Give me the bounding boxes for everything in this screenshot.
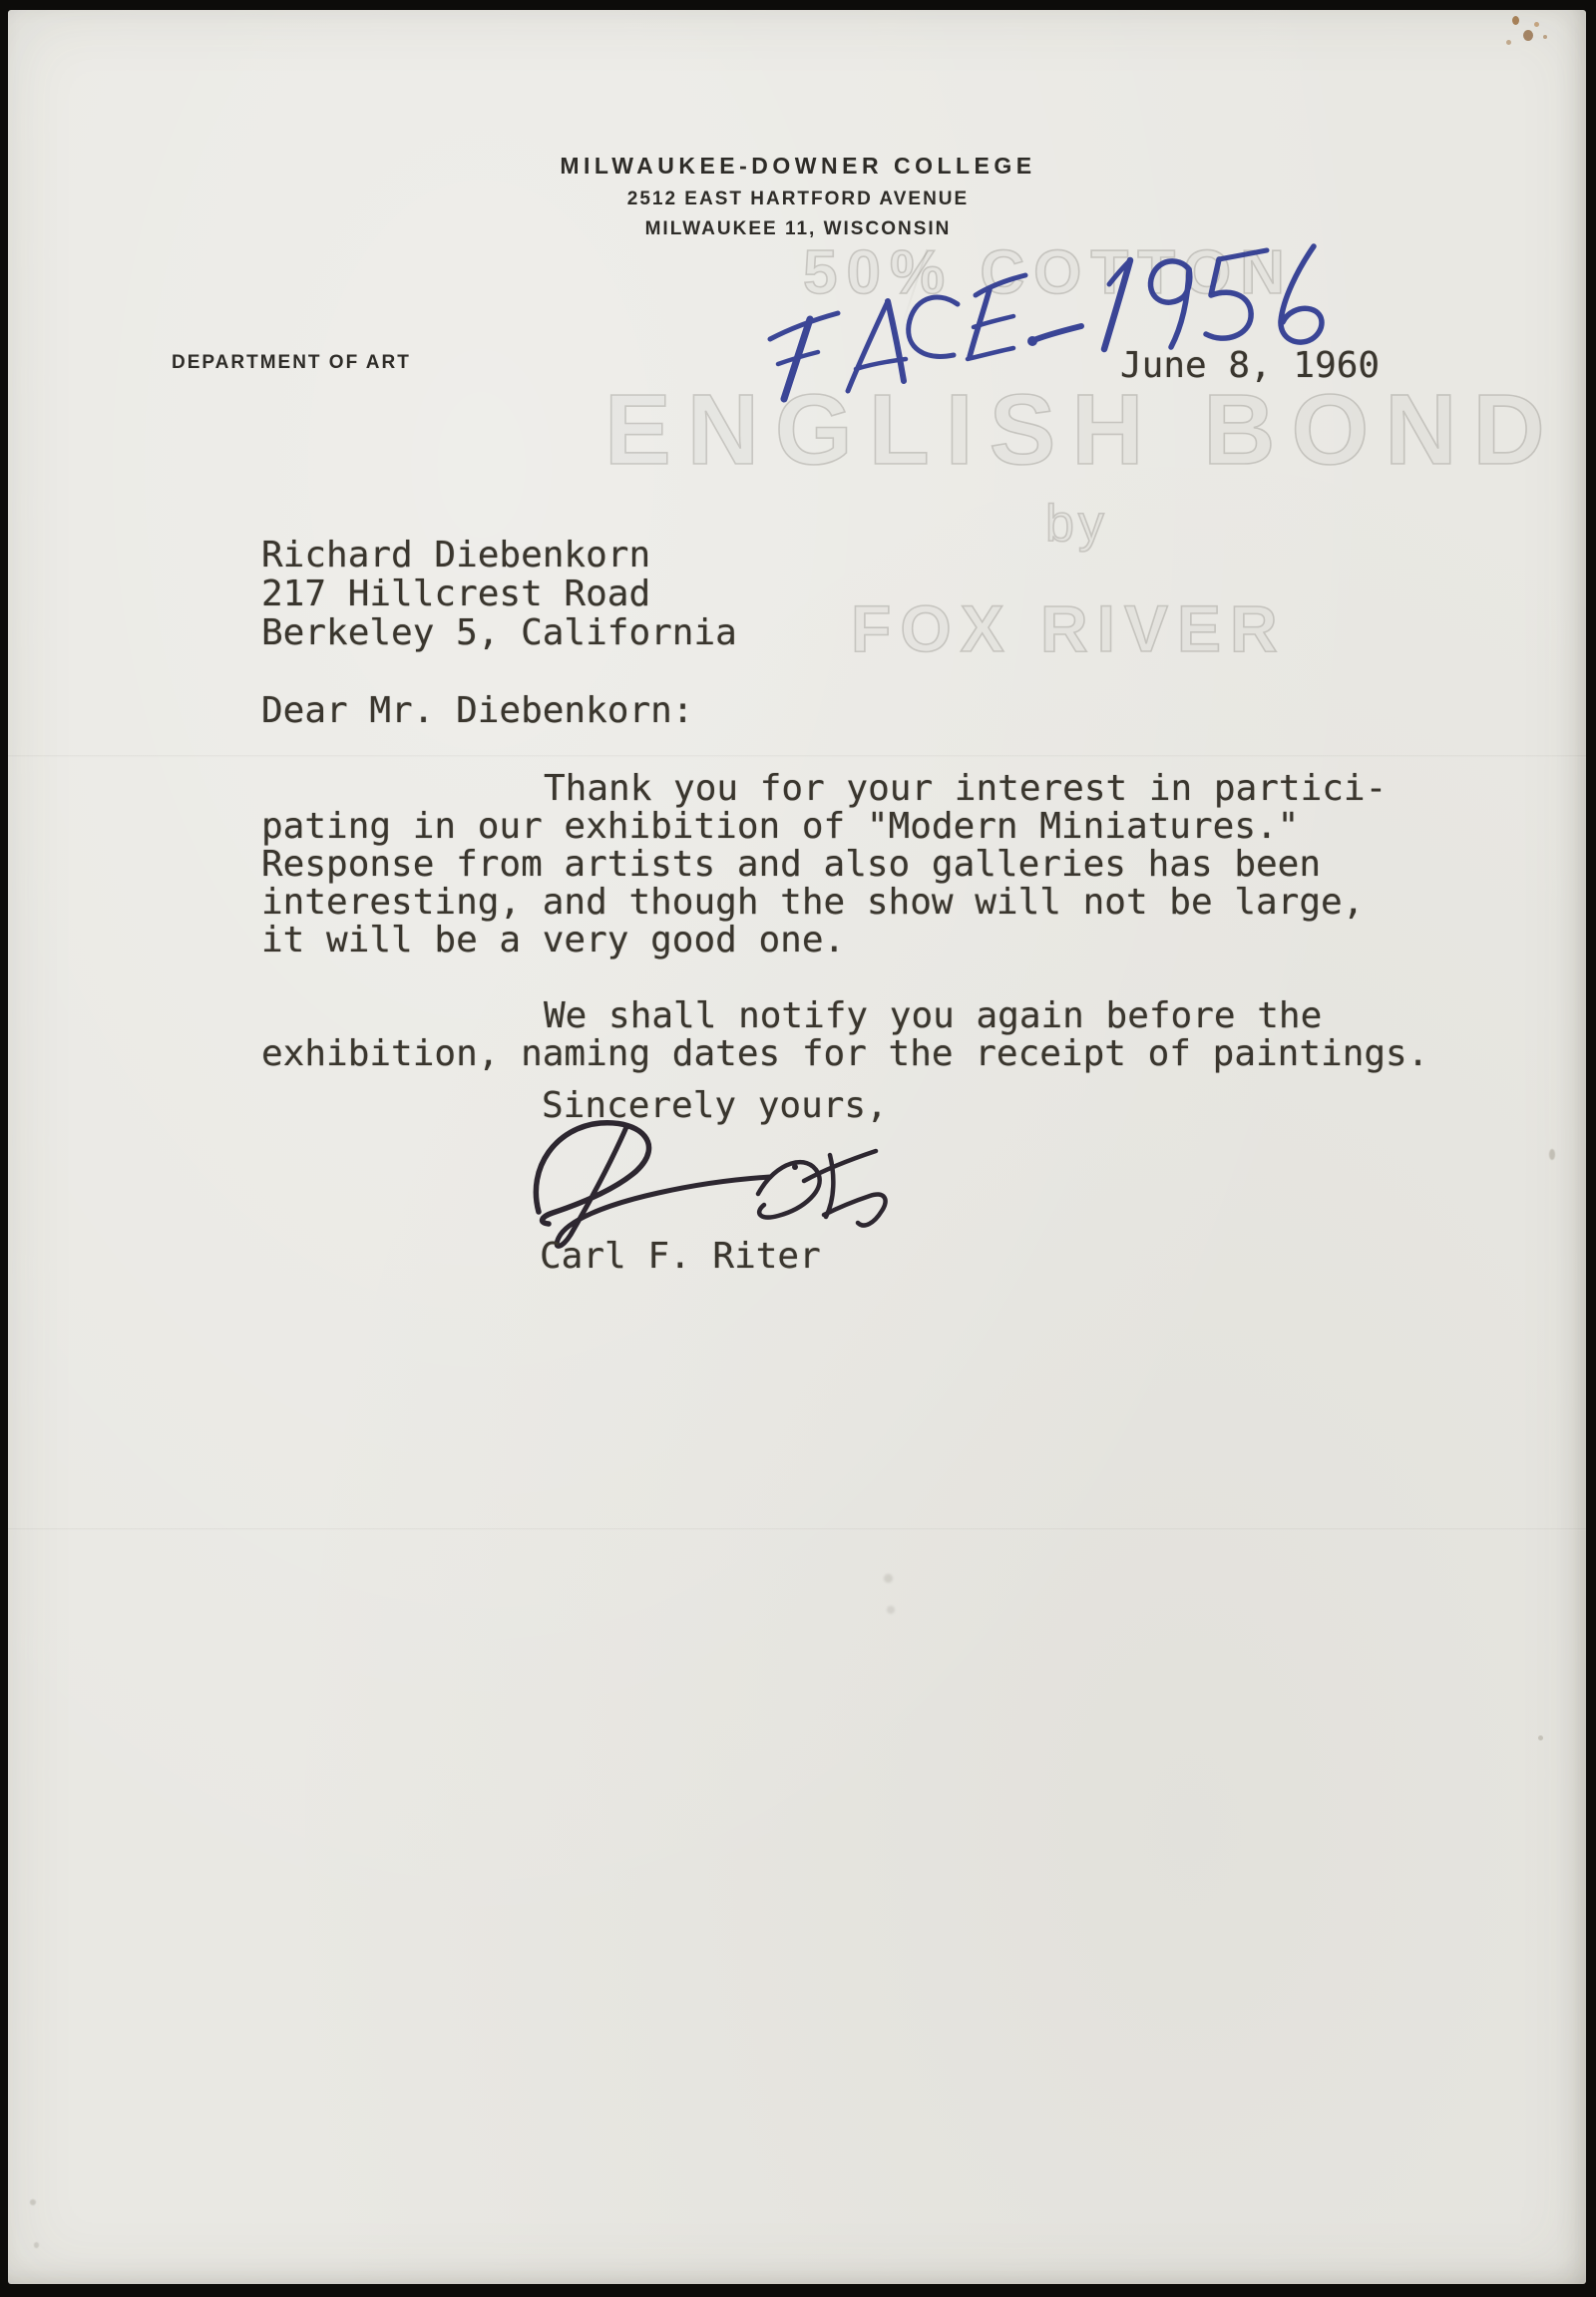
- body-line: Thank you for your interest in partici-: [544, 770, 1387, 808]
- body-line: Response from artists and also galleries…: [261, 846, 1321, 884]
- letterhead-department: DEPARTMENT OF ART: [172, 352, 411, 374]
- body-line: exhibition, naming dates for the receipt…: [261, 1035, 1428, 1073]
- recipient-city: Berkeley 5, California: [261, 614, 737, 652]
- body-line: We shall notify you again before the: [544, 997, 1322, 1035]
- salutation: Dear Mr. Diebenkorn:: [261, 692, 693, 730]
- letterhead-street-address: 2512 EAST HARTFORD AVENUE: [0, 189, 1596, 210]
- handwritten-annotation: [748, 229, 1446, 419]
- recipient-street: 217 Hillcrest Road: [261, 575, 650, 613]
- recipient-name: Richard Diebenkorn: [261, 537, 650, 574]
- letterhead-college-name: MILWAUKEE-DOWNER COLLEGE: [0, 153, 1596, 180]
- signature-typed-name: Carl F. Riter: [540, 1238, 821, 1276]
- body-line: it will be a very good one.: [261, 922, 845, 959]
- date-line: June 8, 1960: [1120, 347, 1380, 385]
- letter-content: MILWAUKEE-DOWNER COLLEGE 2512 EAST HARTF…: [0, 0, 1596, 2297]
- body-line: pating in our exhibition of "Modern Mini…: [261, 808, 1299, 846]
- body-line: interesting, and though the show will no…: [261, 884, 1364, 922]
